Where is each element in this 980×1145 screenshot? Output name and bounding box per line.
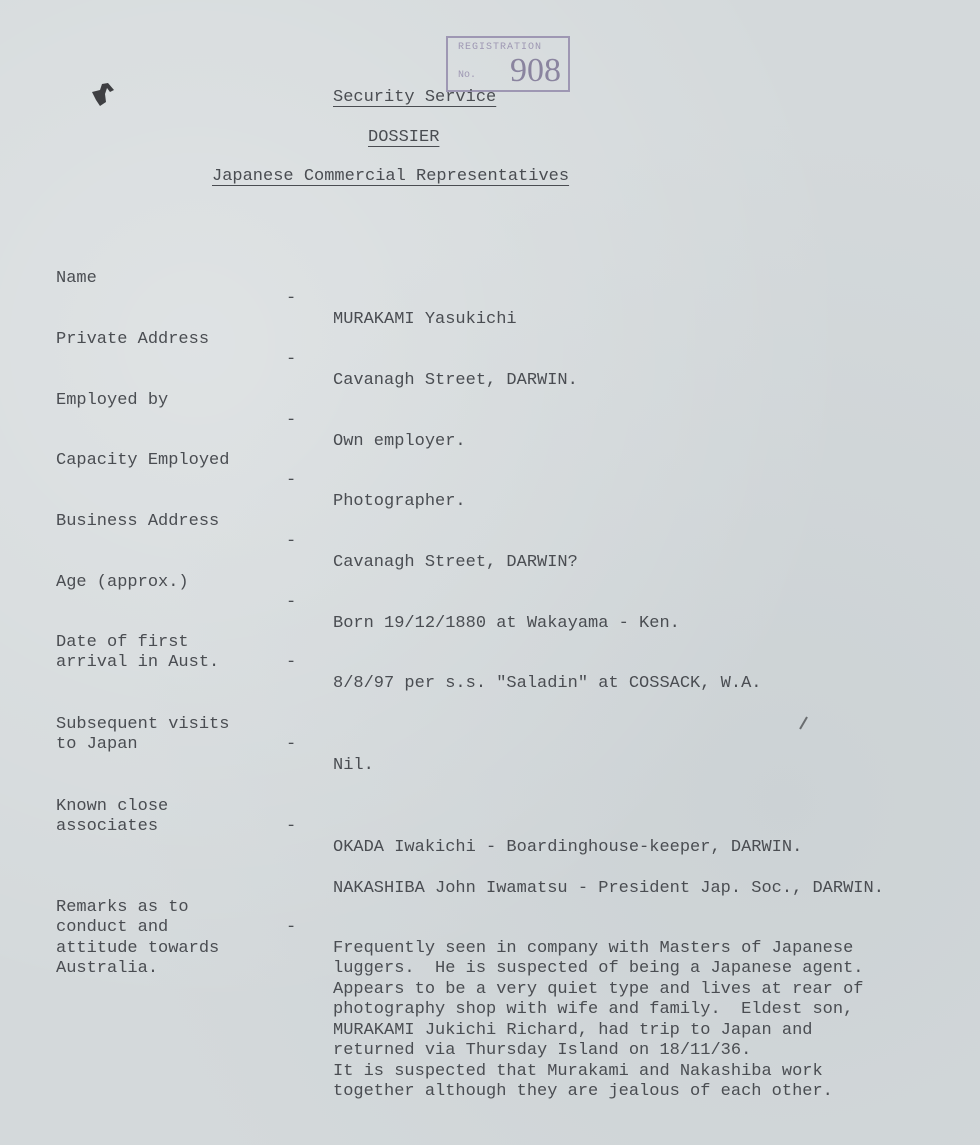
field-separator: - (286, 735, 296, 756)
field-separator: - (286, 817, 296, 838)
field-label: Remarks as to conduct and attitude towar… (56, 898, 286, 980)
field-label: Subsequent visits to Japan (56, 715, 286, 756)
field-remarks: Remarks as to conduct and attitude towar… (56, 877, 76, 959)
header-dossier: DOSSIER (368, 128, 439, 147)
field-separator: - (286, 471, 296, 492)
field-label: Age (approx.) (56, 573, 286, 594)
field-separator: - (286, 653, 296, 674)
field-value: Own employer. (333, 432, 466, 453)
field-separator: - (286, 918, 296, 939)
ink-blot-mark (90, 80, 116, 108)
registration-number: 908 (510, 52, 561, 90)
field-separator: - (286, 289, 296, 310)
field-subsequent-visits: Subsequent visits to Japan - Nil. (56, 694, 76, 776)
field-label: Name (56, 269, 286, 290)
field-value: Cavanagh Street, DARWIN? (333, 553, 578, 574)
field-label: Business Address (56, 512, 286, 533)
field-first-arrival: Date of first arrival in Aust. - 8/8/97 … (56, 612, 76, 694)
field-separator: - (286, 350, 296, 371)
field-value: Frequently seen in company with Masters … (333, 939, 864, 1103)
field-label: Employed by (56, 391, 286, 412)
registration-stamp: REGISTRATION No. 908 (446, 36, 570, 92)
field-separator: - (286, 411, 296, 432)
header-security-service: Security Service (333, 88, 496, 107)
field-known-associates: Known close associates - OKADA Iwakichi … (56, 776, 76, 858)
field-separator: - (286, 532, 296, 553)
field-value: Nil. (333, 756, 374, 777)
pen-mark (799, 716, 815, 733)
field-value: MURAKAMI Yasukichi (333, 310, 517, 331)
field-value: Cavanagh Street, DARWIN. (333, 371, 578, 392)
field-label: Date of first arrival in Aust. (56, 633, 286, 674)
field-value: Photographer. (333, 492, 466, 513)
field-value: 8/8/97 per s.s. "Saladin" at COSSACK, W.… (333, 674, 761, 695)
field-label: Capacity Employed (56, 451, 286, 472)
field-value: OKADA Iwakichi - Boardinghouse-keeper, D… (333, 838, 884, 900)
stamp-no-label: No. (458, 70, 476, 81)
header-subtitle: Japanese Commercial Representatives (212, 167, 569, 186)
field-separator: - (286, 593, 296, 614)
field-value: Born 19/12/1880 at Wakayama - Ken. (333, 614, 680, 635)
field-label: Known close associates (56, 797, 286, 838)
field-label: Private Address (56, 330, 286, 351)
